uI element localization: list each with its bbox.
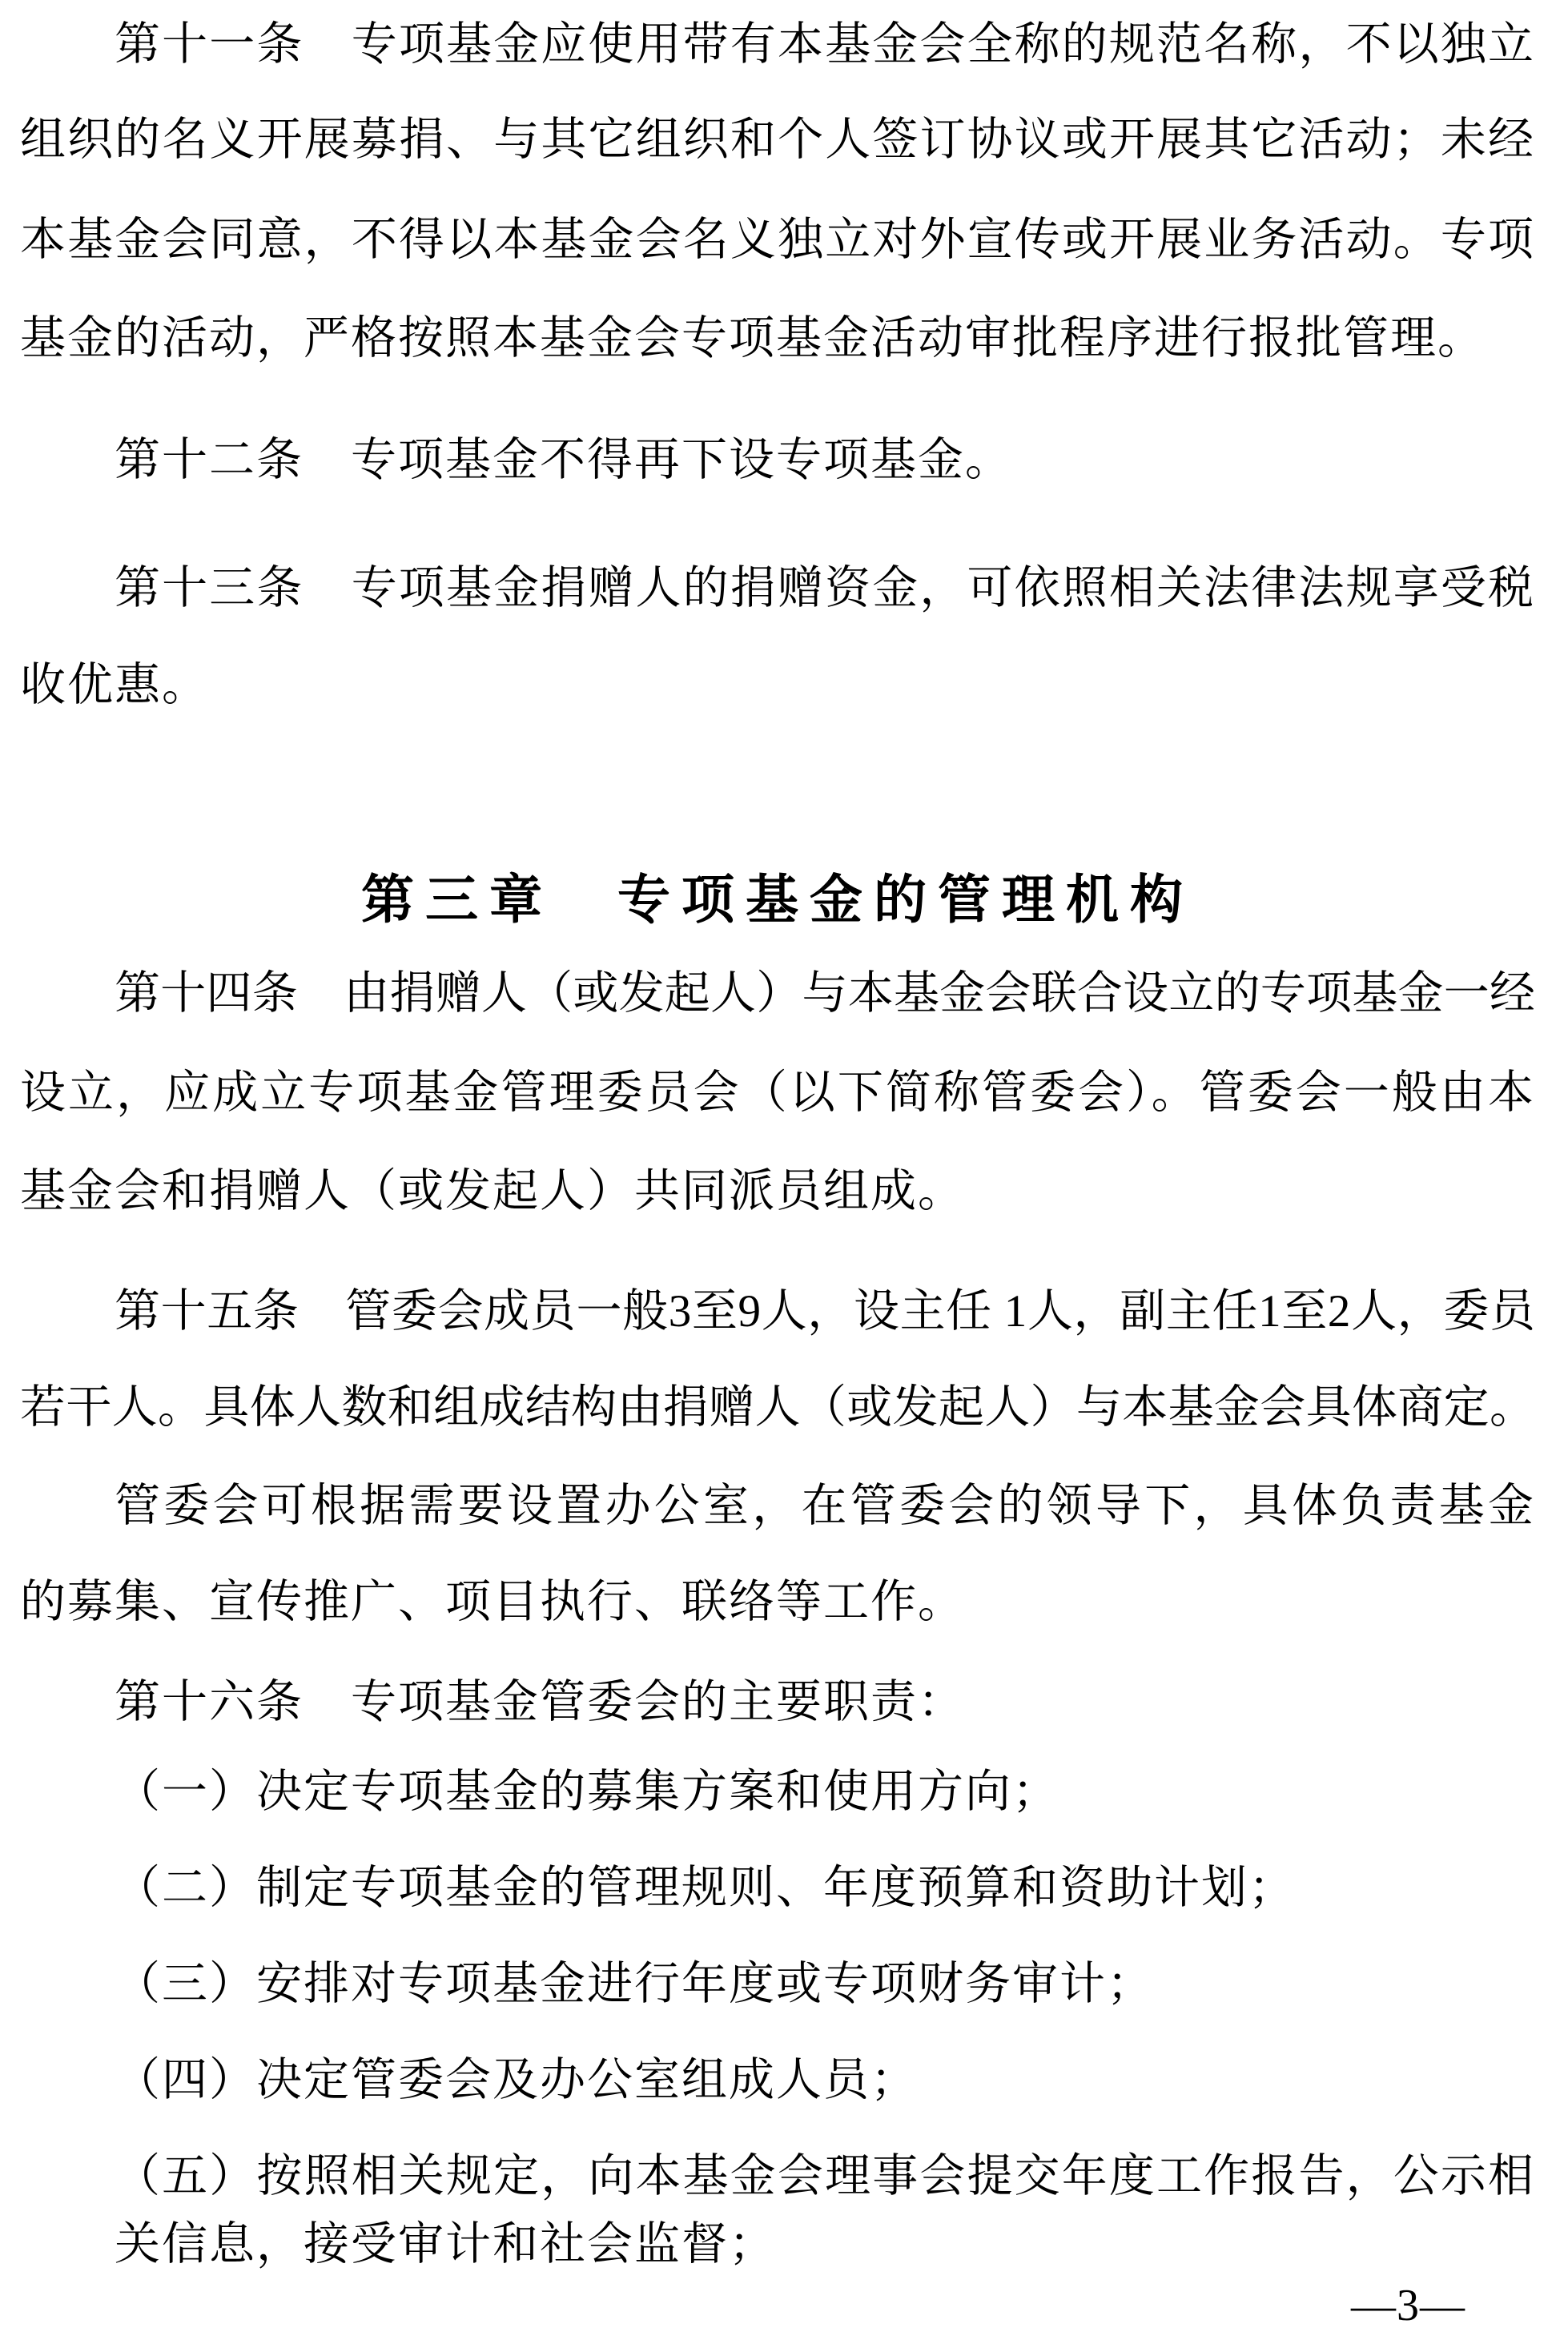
text-line: 第十三条 专项基金捐赠人的捐赠资金，可依照相关法律法规享受税 xyxy=(20,561,1535,617)
text-line: 第十二条 专项基金不得再下设专项基金。 xyxy=(20,432,1535,489)
text-line: 第十六条 专项基金管委会的主要职责： xyxy=(20,1675,1535,1731)
text-line: 第十四条 由捐赠人（或发起人）与本基金会联合设立的专项基金一经 xyxy=(20,966,1535,1022)
text-line: 基金会和捐赠人（或发起人）共同派员组成。 xyxy=(20,1164,1535,1220)
text-line: 设立，应成立专项基金管理委员会（以下简称管委会）。管委会一般由本 xyxy=(20,1065,1535,1121)
text-line: 第十五条 管委会成员一般3至9人，设主任 1人，副主任1至2人，委员 xyxy=(20,1284,1535,1340)
document-page: 第十一条 专项基金应使用带有本基金会全称的规范名称，不以独立 组织的名义开展募捐… xyxy=(0,0,1568,2344)
text-line: 基金的活动，严格按照本基金会专项基金活动审批程序进行报批管理。 xyxy=(20,311,1535,367)
text-line: 本基金会同意，不得以本基金会名义独立对外宣传或开展业务活动。专项 xyxy=(20,212,1535,268)
list-item-line: （五）按照相关规定，向本基金会理事会提交年度工作报告，公示相 xyxy=(20,2149,1535,2205)
text-line: 管委会可根据需要设置办公室，在管委会的领导下，具体负责基金 xyxy=(20,1478,1535,1534)
list-item-line: 关信息，接受审计和社会监督； xyxy=(20,2217,1535,2273)
page-number: —3— xyxy=(1351,2283,1465,2328)
list-item-line: （四）决定管委会及办公室组成人员； xyxy=(20,2053,1535,2109)
text-line: 收优惠。 xyxy=(20,657,1535,714)
text-line: 的募集、宣传推广、项目执行、联络等工作。 xyxy=(20,1574,1535,1630)
text-area: 第十一条 专项基金应使用带有本基金会全称的规范名称，不以独立 组织的名义开展募捐… xyxy=(20,0,1535,2344)
list-item-line: （三）安排对专项基金进行年度或专项财务审计； xyxy=(20,1956,1535,2012)
text-line: 第十一条 专项基金应使用带有本基金会全称的规范名称，不以独立 xyxy=(20,17,1535,73)
text-line: 若干人。具体人数和组成结构由捐赠人（或发起人）与本基金会具体商定。 xyxy=(20,1380,1535,1436)
list-item-line: （二）制定专项基金的管理规则、年度预算和资助计划； xyxy=(20,1860,1535,1916)
list-item-line: （一）决定专项基金的募集方案和使用方向； xyxy=(20,1764,1535,1820)
text-line: 组织的名义开展募捐、与其它组织和个人签订协议或开展其它活动；未经 xyxy=(20,112,1535,168)
chapter-heading: 第三章 专项基金的管理机构 xyxy=(20,869,1535,932)
